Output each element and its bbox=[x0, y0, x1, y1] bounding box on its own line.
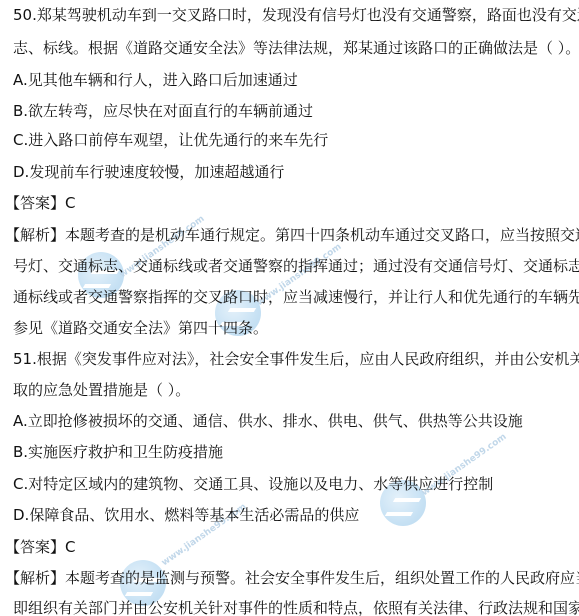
question-51-stem-line-2: 取的应急处置措施是（ ）。 bbox=[13, 380, 575, 400]
question-51-option-d: D.保障食品、饮用水、燃料等基本生活必需品的供应 bbox=[13, 505, 575, 525]
question-51-analysis-line-1: 【解析】本题考查的是监测与预警。社会安全事件发生后，组织处置工作的人民政府应当立 bbox=[5, 568, 575, 588]
question-51-analysis-line-2: 即组织有关部门并由公安机关针对事件的性质和特点，依照有关法律、行政法规和国家其他 bbox=[13, 598, 575, 616]
question-50-stem-line-2: 志、标线。根据《道路交通安全法》等法律法规，郑某通过该路口的正确做法是（ ）。 bbox=[13, 38, 575, 58]
question-50-option-b: B.欲左转弯，应尽快在对面直行的车辆前通过 bbox=[13, 101, 575, 121]
question-51-option-b: B.实施医疗救护和卫生防疫措施 bbox=[13, 442, 575, 462]
question-50-analysis-line-1: 【解析】本题考查的是机动车通行规定。第四十四条机动车通过交叉路口，应当按照交通信 bbox=[5, 225, 575, 245]
question-50-analysis-line-3: 通标线或者交通警察指挥的交叉路口时，应当减速慢行，并让行人和优先通行的车辆先行。 bbox=[13, 287, 575, 307]
question-50-option-a: A.见其他车辆和行人，进入路口后加速通过 bbox=[13, 70, 575, 90]
question-50-option-d: D.发现前车行驶速度较慢，加速超越通行 bbox=[13, 162, 575, 182]
question-51-option-c: C.对特定区域内的建筑物、交通工具、设施以及电力、水等供应进行控制 bbox=[13, 474, 575, 494]
question-50-option-c: C.进入路口前停车观望，让优先通行的来车先行 bbox=[13, 130, 575, 150]
question-50-answer: 【答案】C bbox=[5, 193, 575, 213]
question-51-option-a: A.立即抢修被损坏的交通、通信、供水、排水、供电、供气、供热等公共设施 bbox=[13, 411, 575, 431]
question-50-analysis-line-4: 参见《道路交通安全法》第四十四条。 bbox=[13, 318, 575, 338]
question-51-answer: 【答案】C bbox=[5, 537, 575, 557]
question-50-stem-line-1: 50.郑某驾驶机动车到一交叉路口时，发现没有信号灯也没有交通警察，路面也没有交通… bbox=[13, 5, 575, 25]
question-51-stem-line-1: 51.根据《突发事件应对法》，社会安全事件发生后，应由人民政府组织，并由公安机关… bbox=[13, 349, 575, 369]
question-50-analysis-line-2: 号灯、交通标志、交通标线或者交通警察的指挥通过；通过没有交通信号灯、交通标志、交 bbox=[13, 256, 575, 276]
exam-document: www.jianshe99.com www.jianshe99.com www.… bbox=[0, 0, 579, 616]
